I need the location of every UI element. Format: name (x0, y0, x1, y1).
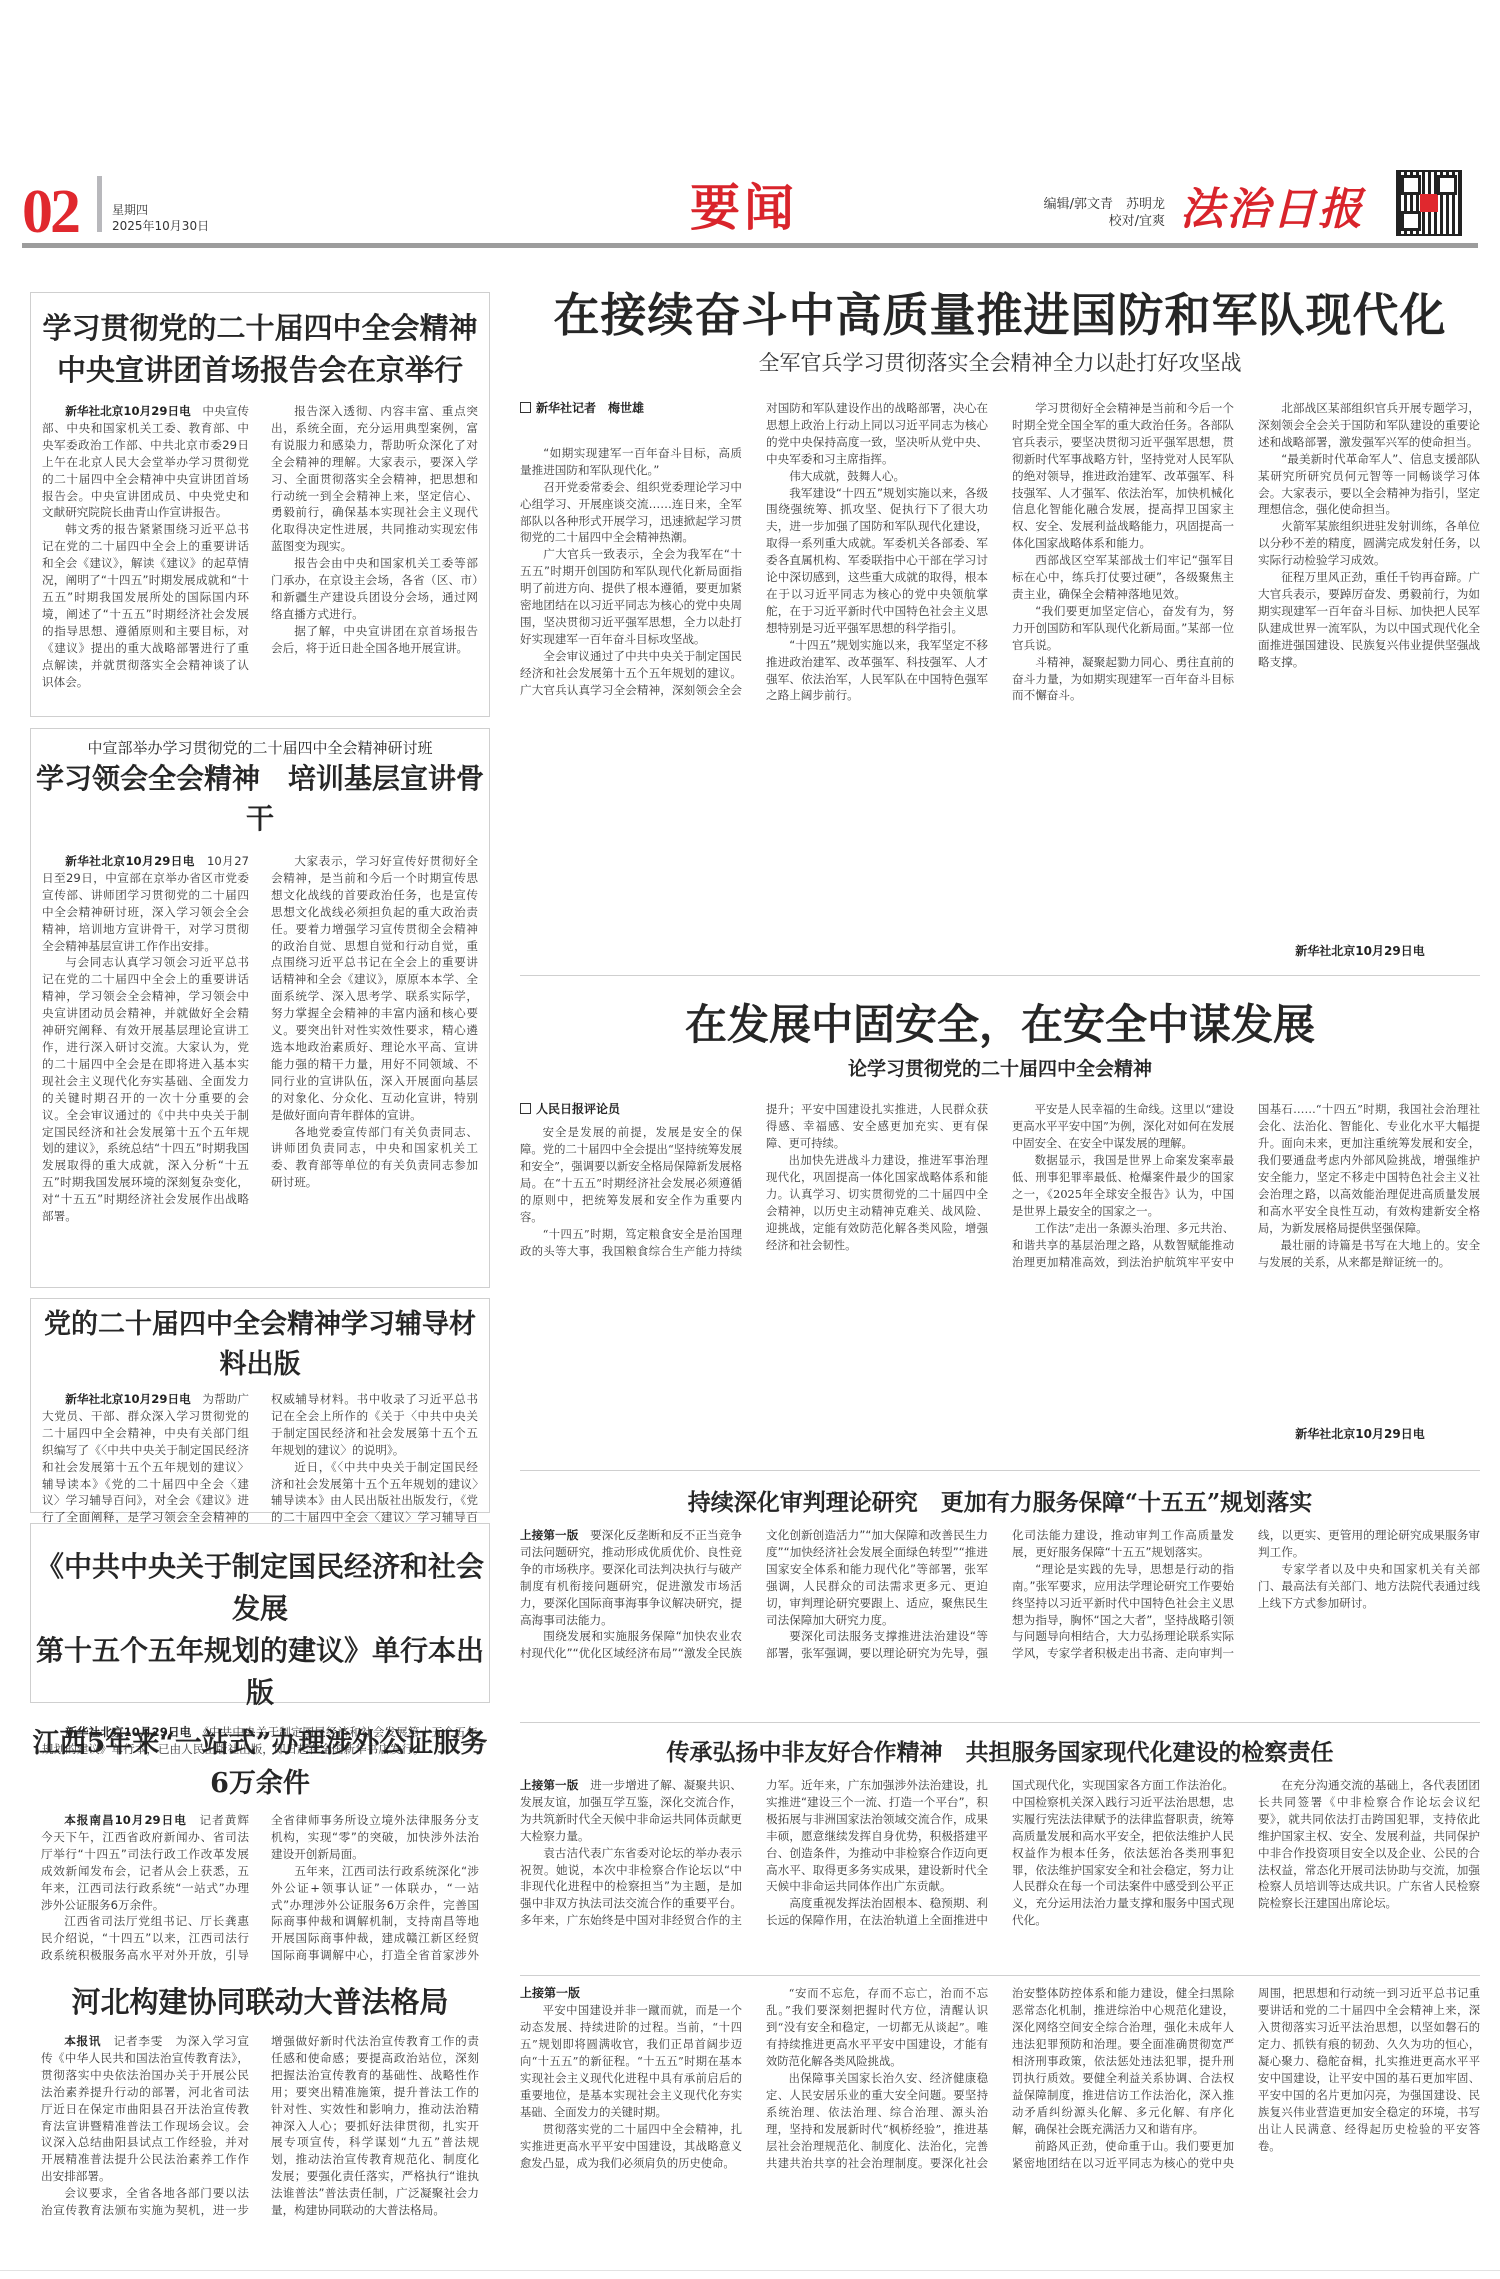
masthead-rule (22, 243, 1478, 248)
signoff: 新华社北京10月29日电 (1240, 942, 1480, 959)
article-body: 上接第一版 要深化反垄断和反不正当竞争司法问题研究，推动形成优质优价、良性竞争的… (520, 1527, 1480, 1707)
section-divider (520, 1975, 1480, 1976)
editors: 编辑/郭文青 苏明龙 (925, 196, 1165, 213)
editors-credit: 编辑/郭文青 苏明龙 校对/宜爽 (925, 196, 1165, 230)
continued-label: 上接第一版 (520, 1985, 742, 2002)
article-body: 新华社记者 梅世雄 “如期实现建军一百年奋斗目标，高质量推进国防和军队现代化。”… (520, 400, 1480, 938)
section-divider (520, 975, 1480, 976)
article-china-africa-procuracy: 传承弘扬中非友好合作精神 共担服务国家现代化建设的检察责任 上接第一版 进一步增… (520, 1735, 1480, 1965)
section-title: 要闻 (690, 178, 798, 238)
issue-date-block: 星期四 2025年10月30日 (112, 202, 209, 234)
section-divider (520, 1722, 1480, 1723)
headline: 学习贯彻党的二十届四中全会精神 中央宣讲团首场报告会在京举行 (31, 307, 489, 391)
article-body: 本报讯 记者李雯 为深入学习宣传《中华人民共和国法治宣传教育法》，贯彻落实中央依… (41, 2033, 479, 2223)
article-single-volume: 《中共中央关于制定国民经济和社会发展 第十五个五年规划的建议》单行本出版 新华社… (30, 1523, 490, 1703)
commentary-headline: 在发展中固安全，在安全中谋发展 (520, 995, 1480, 1055)
article-jiangxi-notary: 江西5年来“一站式”办理涉外公证服务6万余件 本报南昌10月29日电 记者黄辉 … (30, 1712, 490, 1937)
article-hebei-law-popularization: 河北构建协同联动大普法格局 本报讯 记者李雯 为深入学习宣传《中华人民共和国法治… (30, 1975, 490, 2245)
article-body: 新华社北京10月29日电 10月27日至29日，中宣部在京举办省区市党委宣传部、… (42, 853, 478, 1321)
kicker: 中宣部举办学习贯彻党的二十届四中全会精神研讨班 (31, 737, 489, 759)
article-body: 本报南昌10月29日电 记者黄辉 今天下午，江西省政府新闻办、省司法厅举行“十四… (41, 1812, 479, 1972)
headline: 河北构建协同联动大普法格局 (30, 1981, 490, 2023)
section-divider (520, 1470, 1480, 1471)
qr-code-icon[interactable] (1396, 170, 1462, 236)
headline: 江西5年来“一站式”办理涉外公证服务6万余件 (30, 1724, 490, 1804)
headline: 持续深化审判理论研究 更加有力服务保障“十五五”规划落实 (520, 1485, 1480, 1521)
headline: 学习领会全会精神 培训基层宣讲骨干 (31, 759, 489, 839)
article-trial-theory: 持续深化审判理论研究 更加有力服务保障“十五五”规划落实 上接第一版 要深化反垄… (520, 1485, 1480, 1715)
page-number: 02 (22, 180, 78, 244)
lead-story: 在接续奋斗中高质量推进国防和军队现代化 全军官兵学习贯彻落实全会精神全力以赴打好… (520, 270, 1480, 960)
headline: 《中共中央关于制定国民经济和社会发展 第十五个五年规划的建议》单行本出版 (31, 1546, 489, 1714)
signoff: 新华社北京10月29日电 (1240, 1425, 1480, 1442)
byline: 新华社记者 梅世雄 (520, 400, 742, 417)
page-number-divider (97, 176, 102, 232)
article-training-seminar: 中宣部举办学习贯彻党的二十届四中全会精神研讨班 学习领会全会精神 培训基层宣讲骨… (30, 728, 490, 1288)
headline: 传承弘扬中非友好合作精神 共担服务国家现代化建设的检察责任 (520, 1735, 1480, 1771)
article-safe-china-continued: 上接第一版 平安中国建设并非一蹴而就，而是一个动态发展、持续进阶的过程。当前，“… (520, 1985, 1480, 2250)
article-body: 上接第一版 进一步增进了解、凝聚共识、发展友谊，加强互学互鉴，深化交流合作，为共… (520, 1777, 1480, 1957)
commentary-subheadline: 论学习贯彻党的二十届四中全会精神 (520, 1055, 1480, 1083)
article-body: 新华社北京10月29日电 中央宣传部、中央和国家机关工委、教育部、中央军委政治工… (42, 403, 478, 721)
newspaper-logo: 法治日报 (1180, 180, 1364, 240)
article-study-materials: 党的二十届四中全会精神学习辅导材料出版 新华社北京10月29日电 为帮助广大党员… (30, 1298, 490, 1513)
lead-headline: 在接续奋斗中高质量推进国防和军队现代化 (520, 282, 1480, 348)
byline: 人民日报评论员 (520, 1101, 742, 1118)
lead-subheadline: 全军官兵学习贯彻落实全会精神全力以赴打好攻坚战 (520, 348, 1480, 378)
article-body: 上接第一版 平安中国建设并非一蹴而就，而是一个动态发展、持续进阶的过程。当前，“… (520, 1985, 1480, 2240)
headline: 党的二十届四中全会精神学习辅导材料出版 (31, 1305, 489, 1385)
continued-label: 上接第一版 (520, 1778, 578, 1792)
continued-label: 上接第一版 (520, 1528, 578, 1542)
page-bottom-edge (0, 2270, 1500, 2271)
article-body: 新华社北京10月29日电 为帮助广大党员、干部、群众深入学习贯彻党的二十届四中全… (42, 1391, 478, 1543)
commentary-article: 在发展中固安全，在安全中谋发展 论学习贯彻党的二十届四中全会精神 人民日报评论员… (520, 985, 1480, 1450)
article-central-lecture-group: 学习贯彻党的二十届四中全会精神 中央宣讲团首场报告会在京举行 新华社北京10月2… (30, 292, 490, 717)
issue-date: 2025年10月30日 (112, 218, 209, 234)
weekday: 星期四 (112, 202, 209, 218)
byline-marker-icon (520, 1103, 531, 1114)
article-body: 人民日报评论员 安全是发展的前提，发展是安全的保障。党的二十届四中全会提出“坚持… (520, 1101, 1480, 1427)
proofreader: 校对/宜爽 (925, 213, 1165, 230)
byline-marker-icon (520, 402, 531, 413)
